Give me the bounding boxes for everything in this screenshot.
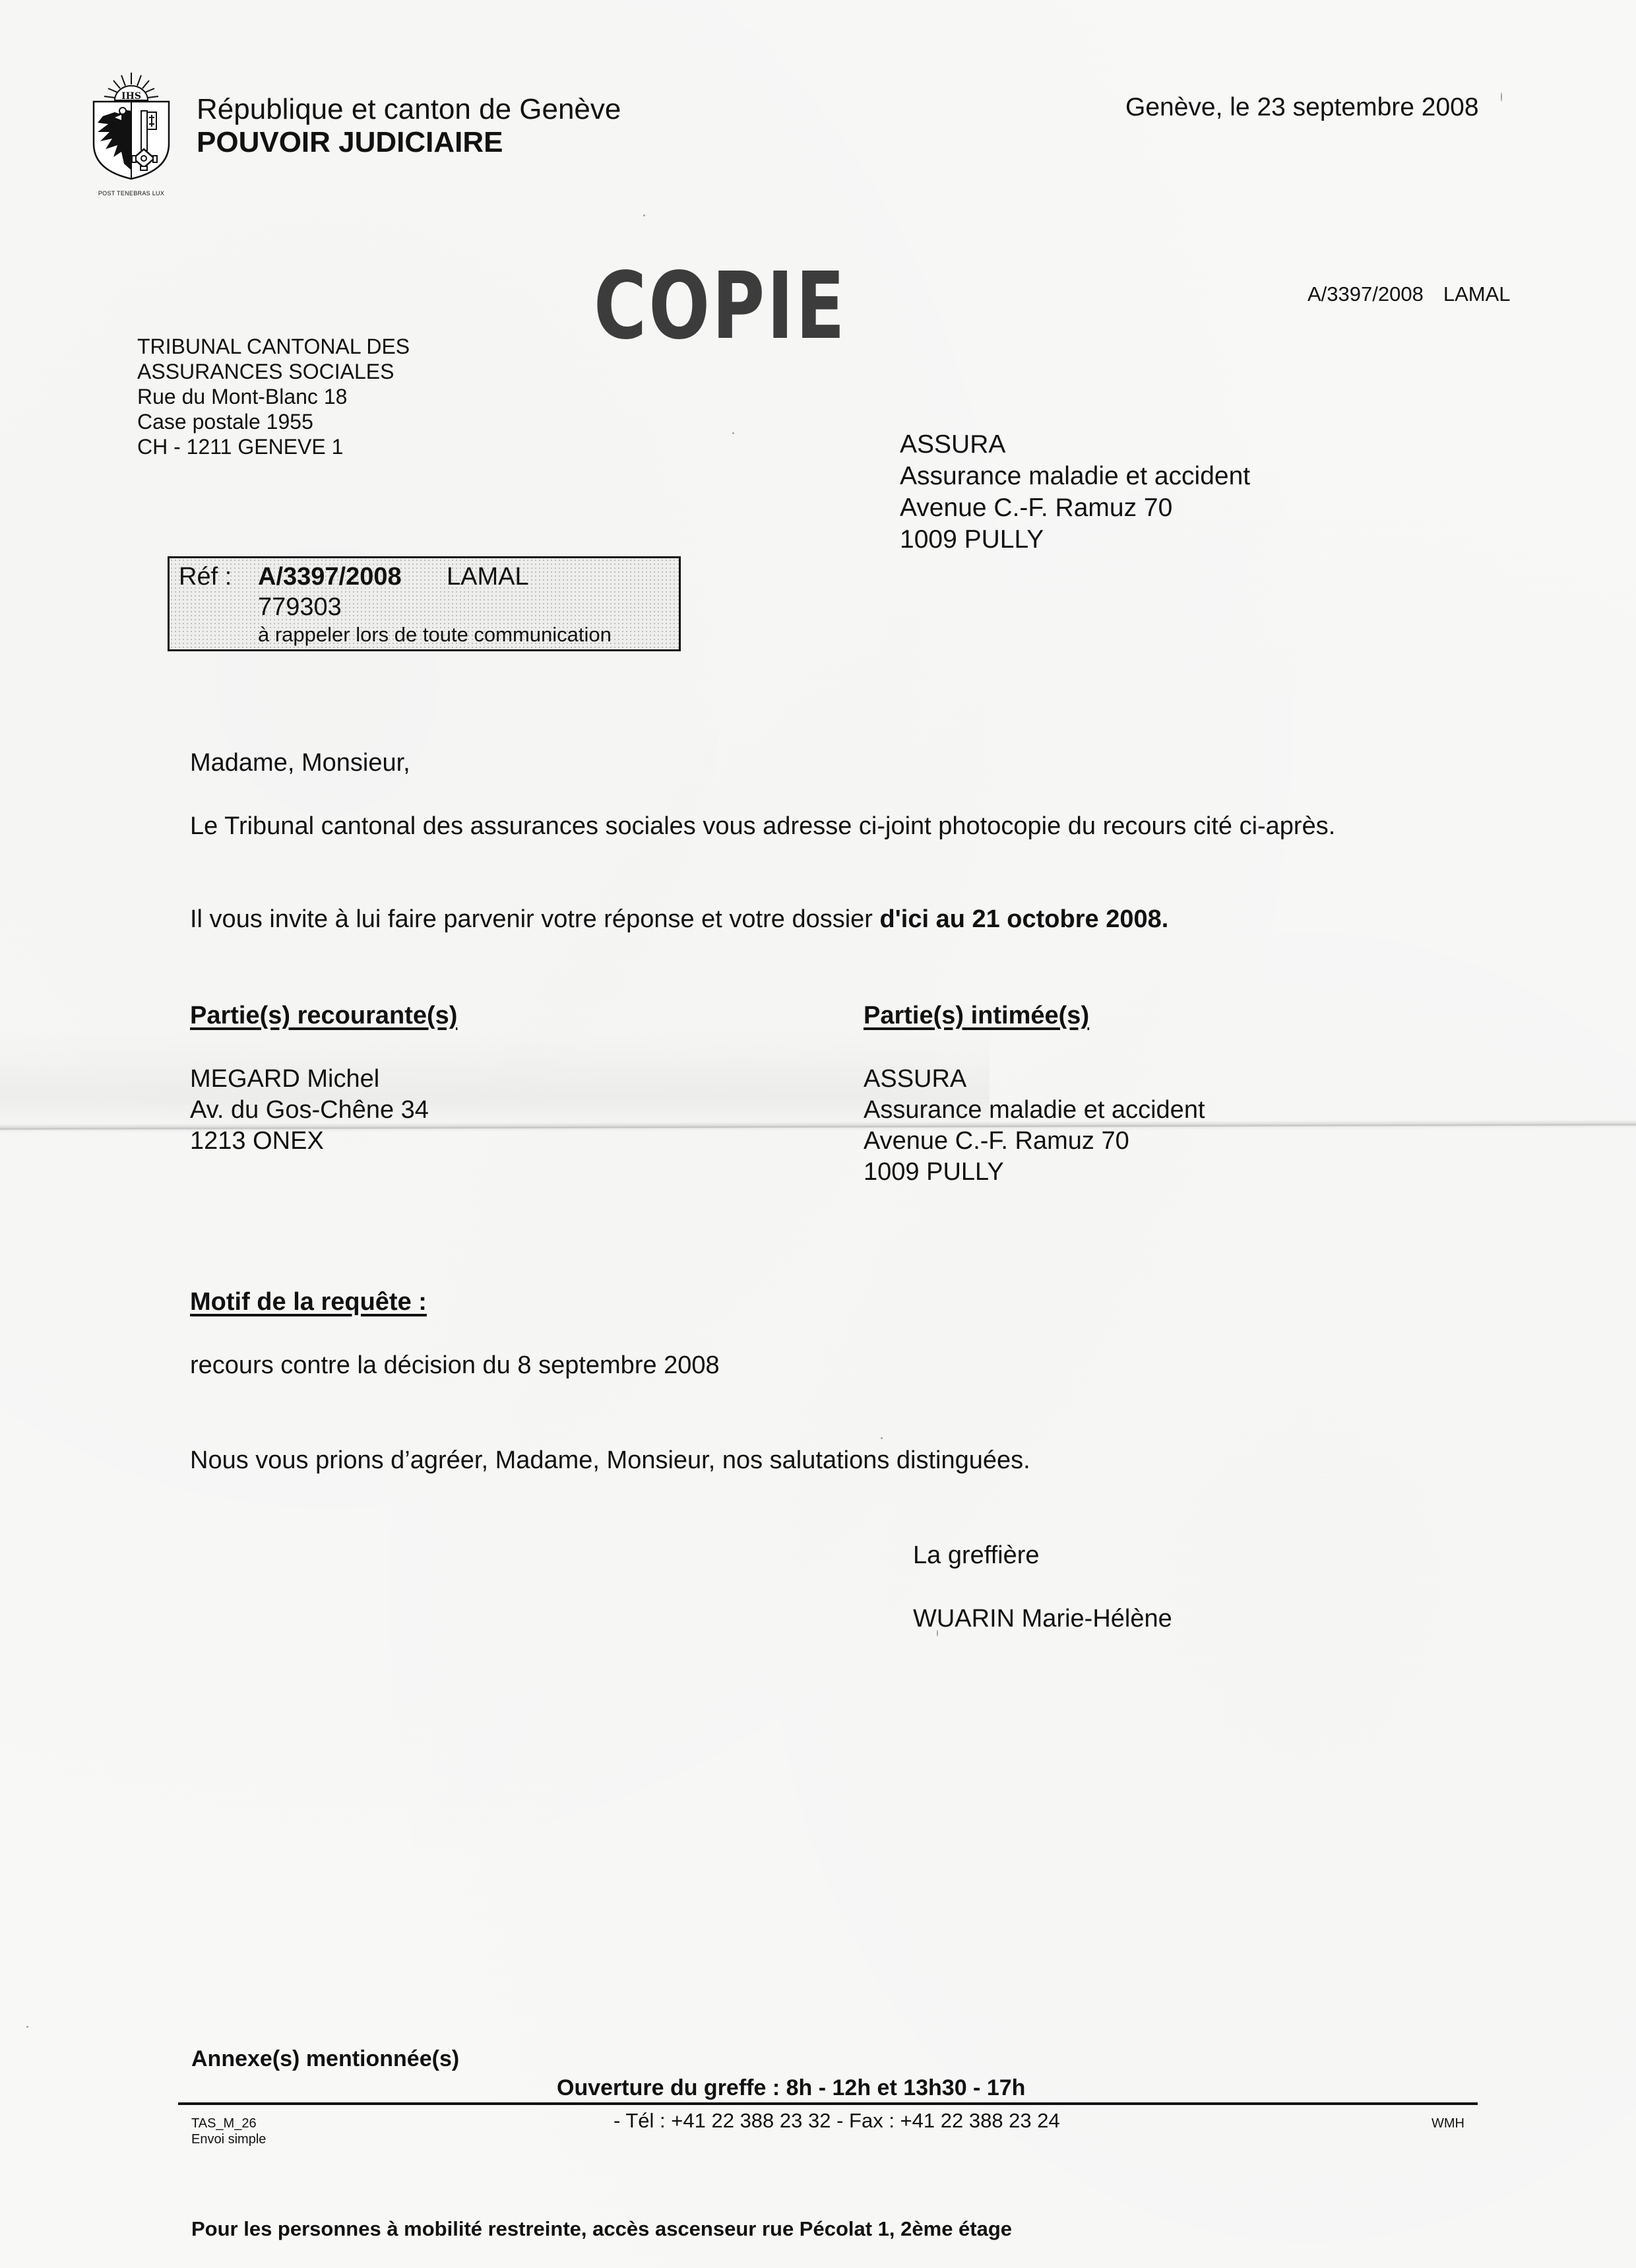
- office-hours: Ouverture du greffe : 8h - 12h et 13h30 …: [557, 2075, 1025, 2101]
- closing-formula: Nous vous prions d’agréer, Madame, Monsi…: [190, 1445, 1030, 1475]
- reference-box: Réf : A/3397/2008 LAMAL 779303 à rappele…: [168, 556, 681, 651]
- form-code-id: TAS_M_26: [191, 2116, 266, 2131]
- recipient-line: 1009 PULLY: [900, 524, 1250, 556]
- annexes-label: Annexe(s) mentionnée(s): [191, 2046, 459, 2072]
- respondent-line: 1009 PULLY: [864, 1157, 1205, 1188]
- footer-divider: [178, 2102, 1478, 2105]
- reference-number: A/3397/2008: [258, 562, 402, 591]
- scan-speck: [643, 214, 645, 216]
- reference-note: à rappeler lors de toute communication: [258, 623, 612, 647]
- appellant-heading: Partie(s) recourante(s): [190, 1000, 457, 1031]
- recipient-line: Avenue C.-F. Ramuz 70: [900, 492, 1250, 524]
- signer-name: WUARIN Marie-Hélène: [913, 1604, 1172, 1634]
- appellant-line: Av. du Gos-Chêne 34: [190, 1095, 429, 1126]
- sender-line: Case postale 1955: [137, 409, 410, 434]
- reference-label: Réf :: [179, 562, 232, 591]
- appellant-address: MEGARD Michel Av. du Gos-Chêne 34 1213 O…: [190, 1064, 429, 1157]
- body-paragraph-2: Il vous invite à lui faire parvenir votr…: [190, 904, 1168, 934]
- signer-role: La greffière: [913, 1540, 1040, 1571]
- respondent-line: Avenue C.-F. Ramuz 70: [864, 1126, 1205, 1157]
- recipient-address: ASSURA Assurance maladie et accident Ave…: [900, 429, 1250, 556]
- sender-line: Rue du Mont-Blanc 18: [137, 384, 410, 409]
- copy-stamp: COPIE: [594, 257, 847, 356]
- issuer-name: République et canton de Genève: [197, 92, 621, 127]
- letter-page: IHS POST TENEBRAS LUX République et cant…: [0, 0, 1636, 2268]
- case-type: LAMAL: [1443, 282, 1511, 306]
- case-number: A/3397/2008: [1307, 282, 1424, 306]
- salutation: Madame, Monsieur,: [190, 748, 410, 778]
- sender-line: ASSURANCES SOCIALES: [137, 359, 410, 384]
- issuer-branch: POUVOIR JUDICIAIRE: [197, 125, 503, 160]
- scan-speck: [881, 1437, 883, 1439]
- motif-heading: Motif de la requête :: [190, 1287, 427, 1317]
- recipient-line: Assurance maladie et accident: [900, 461, 1250, 492]
- respondent-heading: Partie(s) intimée(s): [864, 1000, 1089, 1031]
- scan-speck: [1501, 92, 1502, 102]
- motto-text: POST TENEBRAS LUX: [88, 190, 174, 197]
- form-code: TAS_M_26 Envoi simple: [191, 2116, 266, 2147]
- recipient-line: ASSURA: [900, 429, 1250, 461]
- deadline-date: d'ici au 21 octobre 2008.: [880, 905, 1169, 933]
- body-paragraph-1: Le Tribunal cantonal des assurances soci…: [190, 811, 1442, 841]
- geneva-coat-of-arms-icon: IHS POST TENEBRAS LUX: [88, 71, 174, 197]
- accessibility-note: Pour les personnes à mobilité restreinte…: [191, 2217, 1012, 2241]
- sender-address: TRIBUNAL CANTONAL DES ASSURANCES SOCIALE…: [137, 334, 410, 459]
- motif-text: recours contre la décision du 8 septembr…: [190, 1350, 720, 1380]
- author-initials: WMH: [1431, 2116, 1464, 2131]
- sender-line: TRIBUNAL CANTONAL DES: [137, 334, 410, 359]
- fold-shadow: [0, 1029, 990, 1128]
- deadline-intro: Il vous invite à lui faire parvenir votr…: [190, 905, 880, 933]
- case-reference-top: A/3397/2008LAMAL: [1307, 282, 1511, 306]
- scan-speck: [937, 1630, 938, 1636]
- dispatch-mode: Envoi simple: [191, 2131, 266, 2147]
- svg-text:IHS: IHS: [121, 91, 141, 102]
- reference-type: LAMAL: [447, 562, 529, 591]
- appellant-line: MEGARD Michel: [190, 1064, 429, 1095]
- sender-line: CH - 1211 GENEVE 1: [137, 434, 410, 459]
- respondent-address: ASSURA Assurance maladie et accident Ave…: [864, 1064, 1205, 1188]
- scan-speck: [732, 432, 734, 434]
- scan-speck: [26, 2026, 28, 2028]
- respondent-line: ASSURA: [864, 1064, 1205, 1095]
- contact-numbers: - Tél : +41 22 388 23 32 - Fax : +41 22 …: [613, 2109, 1060, 2133]
- respondent-line: Assurance maladie et accident: [864, 1095, 1205, 1126]
- reference-secondary-number: 779303: [258, 593, 342, 622]
- appellant-line: 1213 ONEX: [190, 1126, 429, 1157]
- letter-date: Genève, le 23 septembre 2008: [1125, 92, 1479, 123]
